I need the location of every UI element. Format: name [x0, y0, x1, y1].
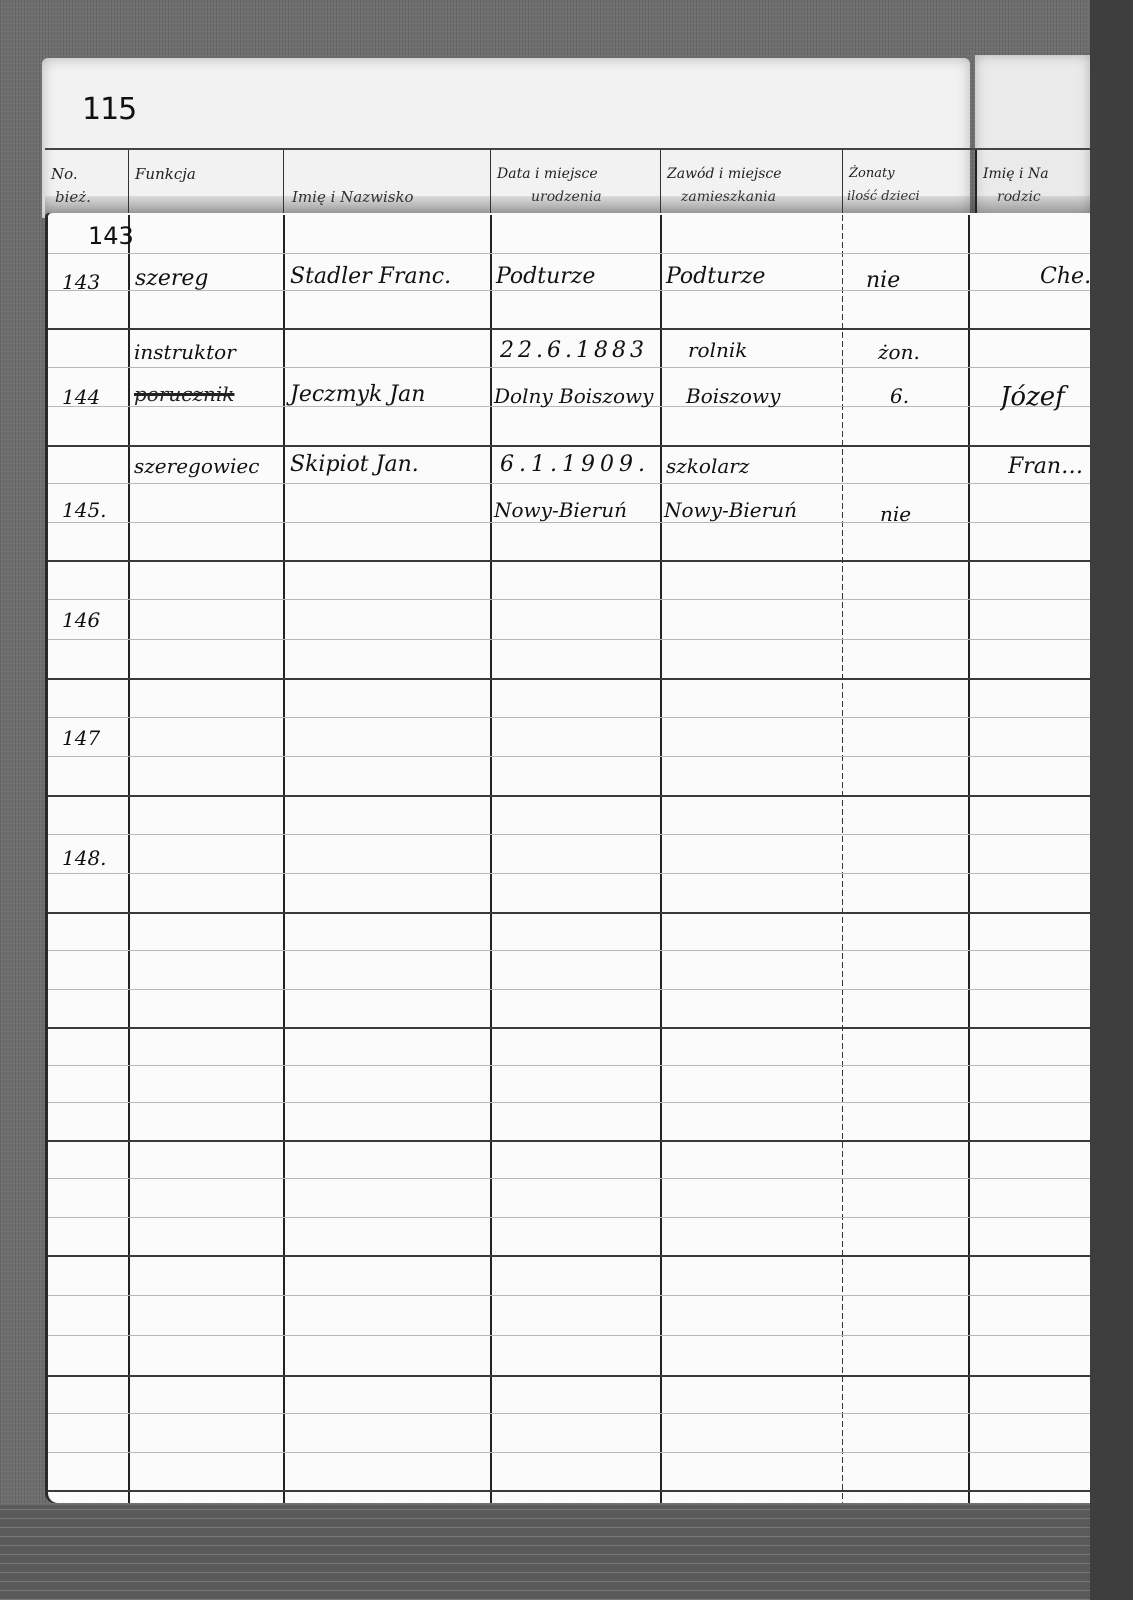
ruled-line	[48, 873, 1090, 874]
header-label-line2: Imię i Nazwisko	[292, 188, 414, 206]
cell-birth-date: 6.1.1909.	[500, 452, 650, 477]
ruled-line	[48, 599, 1090, 600]
entry-note: 143	[88, 222, 134, 250]
cell-children: 6.	[890, 384, 909, 408]
header-col-occupation: Zawód i miejsce zamieszkania	[660, 150, 842, 214]
header-col-number: No. bież.	[45, 150, 128, 214]
header-label: Data i miejsce	[497, 166, 598, 182]
cell-birth-place: Podturze	[496, 264, 595, 289]
row-divider	[48, 912, 1090, 914]
cell-residence: Boiszowy	[686, 384, 780, 408]
cell-married: nie	[866, 268, 900, 293]
header-label-line2: zamieszkania	[681, 188, 776, 206]
cell-name: Jeczmyk Jan	[290, 382, 425, 407]
cell-parents: Che…	[1040, 264, 1090, 289]
cell-name: Skipiot Jan.	[290, 452, 419, 477]
ruled-line	[48, 1335, 1090, 1336]
cell-occupation: rolnik	[688, 338, 747, 362]
cell-birth-date: 22.6.1883	[500, 338, 648, 363]
cell-residence: Nowy-Bieruń	[664, 498, 797, 522]
cell-name: Stadler Franc.	[290, 264, 451, 289]
row-divider	[48, 1490, 1090, 1492]
row-divider	[48, 795, 1090, 797]
header-col-parents: Imię i Na rodzic	[975, 150, 1090, 214]
header-label: Funkcja	[135, 165, 196, 183]
row-divider	[48, 1255, 1090, 1257]
row-number: 144	[62, 385, 100, 409]
ruled-line	[48, 253, 1090, 254]
ruled-line	[48, 717, 1090, 718]
row-number: 147	[62, 726, 100, 750]
cell-occupation: szkolarz	[666, 454, 749, 478]
cell-birth-place: Nowy-Bieruń	[494, 498, 627, 522]
column-divider	[128, 215, 130, 1503]
header-col-function: Funkcja	[128, 150, 283, 214]
ruled-line	[48, 834, 1090, 835]
row-divider	[48, 1375, 1090, 1377]
cell-married: żon.	[878, 340, 920, 364]
folio-number: 115	[82, 92, 136, 127]
scan-edge-shadow	[1090, 0, 1133, 1600]
row-divider	[48, 328, 1090, 330]
cell-function: szereg	[135, 266, 209, 291]
row-divider	[48, 1140, 1090, 1142]
ruled-line	[48, 950, 1090, 951]
header-label-line2: ilość dzieci	[847, 188, 920, 206]
scan-background-bottom	[0, 1505, 1090, 1600]
row-number: 148.	[62, 846, 107, 870]
ruled-line	[48, 639, 1090, 640]
column-divider	[283, 215, 285, 1503]
column-divider	[490, 215, 492, 1503]
row-divider	[48, 445, 1090, 447]
column-divider	[660, 215, 662, 1503]
cell-function-struck: porucznik	[134, 382, 234, 406]
ruled-line	[48, 1178, 1090, 1179]
ruled-line	[48, 1295, 1090, 1296]
row-divider	[48, 1027, 1090, 1029]
ruled-line	[48, 1413, 1090, 1414]
cell-function: szeregowiec	[134, 454, 259, 478]
ruled-line	[48, 1217, 1090, 1218]
ruled-line	[48, 367, 1090, 368]
header-col-birth: Data i miejsce urodzenia	[490, 150, 660, 214]
cell-parents: Fran…	[1008, 454, 1090, 479]
ruled-line	[48, 1102, 1090, 1103]
ruled-line	[48, 1065, 1090, 1066]
header-label-line2: bież.	[55, 188, 91, 206]
ruled-line	[48, 522, 1090, 523]
header-label: No.	[51, 165, 78, 183]
header-label: Imię i Na	[983, 166, 1049, 182]
ruled-line	[48, 756, 1090, 757]
header-label-line2: rodzic	[997, 188, 1041, 206]
header-col-married: Żonaty ilość dzieci	[842, 150, 968, 214]
row-number: 143	[62, 270, 100, 294]
cell-parents: Józef	[1000, 382, 1090, 412]
cell-residence: Podturze	[666, 264, 765, 289]
row-divider	[48, 560, 1090, 562]
ruled-line	[48, 989, 1090, 990]
cell-married: nie	[880, 502, 911, 526]
ruled-line	[48, 483, 1090, 484]
cell-birth-place: Dolny Boiszowy	[494, 384, 653, 408]
header-label-line2: urodzenia	[531, 188, 602, 206]
column-divider	[968, 215, 970, 1503]
row-number: 145.	[62, 498, 107, 522]
column-divider	[842, 215, 843, 1503]
ruled-line	[48, 1452, 1090, 1453]
row-number: 146	[62, 608, 100, 632]
row-divider	[48, 678, 1090, 680]
header-label: Żonaty	[849, 166, 895, 181]
header-col-name: Imię i Nazwisko	[283, 150, 490, 214]
header-label: Zawód i miejsce	[667, 166, 782, 182]
cell-function: instruktor	[134, 340, 236, 364]
